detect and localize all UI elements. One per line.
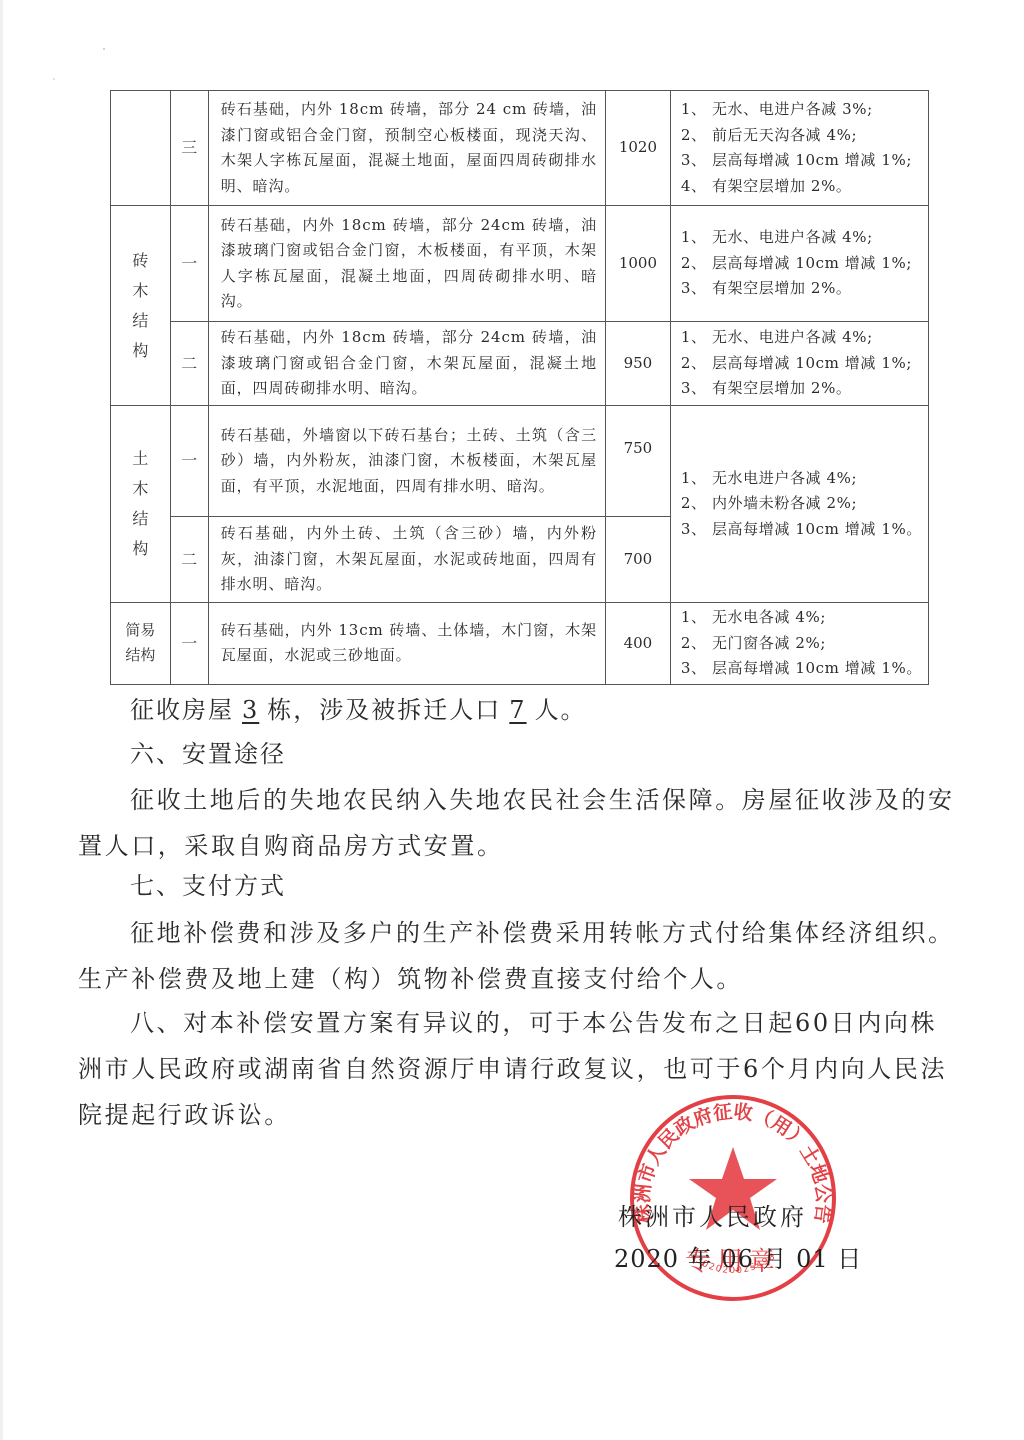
price-cell: 1000 [605,206,670,322]
section-7-heading: 七、支付方式 [130,866,286,906]
grade-cell: 一 [170,406,208,517]
description-cell: 砖石基础，内外 18cm 砖墙，部分 24cm 砖墙，油漆玻璃门窗或铝合金门窗，… [208,322,605,406]
adjustment-item: 1、 无水、电进户各减 4%; [681,225,922,251]
adjustment-item: 4、 有架空层增加 2%。 [681,174,922,200]
signing-organization: 株洲市人民政府 [618,1197,807,1232]
adjustment-item: 1、 无水电进户各减 4%; [681,466,922,492]
adjustment-item: 2、 前后无天沟各减 4%; [681,123,922,149]
section-6-body: 征收土地后的失地农民纳入失地农民社会生活保障。房屋征收涉及的安置人口，采取自购商… [78,777,958,869]
description-cell: 砖石基础，外墙窗以下砖石基台；土砖、土筑（含三砂）墙，内外粉灰，油漆门窗，木板楼… [208,406,605,517]
adjustment-item: 3、 层高每增减 10cm 增减 1%; [681,148,922,174]
price-cell: 750 [605,406,670,517]
grade-cell: 二 [170,322,208,406]
adjustment-item: 2、 内外墙未粉各减 2%; [681,491,922,517]
price-cell: 400 [605,603,670,685]
adjustment-item: 1、 无水、电进户各减 3%; [681,97,922,123]
adjustment-item: 3、 有架空层增加 2%。 [681,376,922,402]
adjustment-item: 3、 有架空层增加 2%。 [681,276,922,302]
grade-cell: 二 [170,517,208,603]
scan-speck [103,48,105,50]
table-row: 简易结构 一 砖石基础，内外 13cm 砖墙、土体墙，木门窗，木架瓦屋面，水泥或… [111,603,929,685]
building-compensation-table: 三 砖石基础，内外 18cm 砖墙，部分 24 cm 砖墙，油漆门窗或铝合金门窗… [110,90,929,685]
table-row: 土木结构 一 砖石基础，外墙窗以下砖石基台；土砖、土筑（含三砂）墙，内外粉灰，油… [111,406,929,517]
table-row: 砖木结构 一 砖石基础，内外 18cm 砖墙，部分 24cm 砖墙，油漆玻璃门窗… [111,206,929,322]
structure-cell: 简易结构 [111,603,171,685]
relocation-summary: 征收房屋3栋，涉及被拆迁人口7人。 [130,690,587,730]
grade-cell: 一 [170,603,208,685]
description-cell: 砖石基础，内外 13cm 砖墙、土体墙，木门窗，木架瓦屋面，水泥或三砂地面。 [208,603,605,685]
grade-cell: 三 [170,91,208,206]
adjustment-item: 1、 无水、电进户各减 4%; [681,325,922,351]
section-6-heading: 六、安置途径 [130,734,286,774]
house-count: 3 [234,696,267,724]
scan-edge [0,0,3,1440]
adjustment-item: 1、 无水电各减 4%; [681,605,922,631]
adjustment-cell: 1、 无水、电进户各减 4%; 2、 层高每增减 10cm 增减 1%; 3、 … [670,206,928,322]
structure-cell: 土木结构 [111,406,171,603]
table-row: 二 砖石基础，内外 18cm 砖墙，部分 24cm 砖墙，油漆玻璃门窗或铝合金门… [111,322,929,406]
adjustment-cell: 1、 无水、电进户各减 3%; 2、 前后无天沟各减 4%; 3、 层高每增减 … [670,91,928,206]
scan-speck [53,78,55,80]
adjustment-item: 3、 层高每增减 10cm 增减 1%。 [681,656,922,682]
description-cell: 砖石基础，内外土砖、土筑（含三砂）墙，内外粉灰，油漆门窗，木架瓦屋面，水泥或砖地… [208,517,605,603]
price-cell: 700 [605,517,670,603]
adjustment-item: 3、 层高每增减 10cm 增减 1%。 [681,517,922,543]
grade-cell: 一 [170,206,208,322]
section-7-body: 征地补偿费和涉及多户的生产补偿费采用转帐方式付给集体经济组织。生产补偿费及地上建… [78,910,958,1002]
price-cell: 950 [605,322,670,406]
adjustment-item: 2、 层高每增减 10cm 增减 1%; [681,351,922,377]
people-count: 7 [501,696,534,724]
signing-date: 2020 年 06 月 01 日 [614,1239,862,1274]
structure-cell: 砖木结构 [111,206,171,406]
adjustment-item: 2、 层高每增减 10cm 增减 1%; [681,251,922,277]
document-page: 三 砖石基础，内外 18cm 砖墙，部分 24 cm 砖墙，油漆门窗或铝合金门窗… [0,0,1024,1440]
structure-cell [111,91,171,206]
adjustment-cell: 1、 无水电进户各减 4%; 2、 内外墙未粉各减 2%; 3、 层高每增减 1… [670,406,928,603]
adjustment-item: 2、 无门窗各减 2%; [681,631,922,657]
description-cell: 砖石基础，内外 18cm 砖墙，部分 24 cm 砖墙，油漆门窗或铝合金门窗，预… [208,91,605,206]
adjustment-cell: 1、 无水、电进户各减 4%; 2、 层高每增减 10cm 增减 1%; 3、 … [670,322,928,406]
price-cell: 1020 [605,91,670,206]
table-row: 三 砖石基础，内外 18cm 砖墙，部分 24 cm 砖墙，油漆门窗或铝合金门窗… [111,91,929,206]
description-cell: 砖石基础，内外 18cm 砖墙，部分 24cm 砖墙，油漆玻璃门窗或铝合金门窗，… [208,206,605,322]
adjustment-cell: 1、 无水电各减 4%; 2、 无门窗各减 2%; 3、 层高每增减 10cm … [670,603,928,685]
